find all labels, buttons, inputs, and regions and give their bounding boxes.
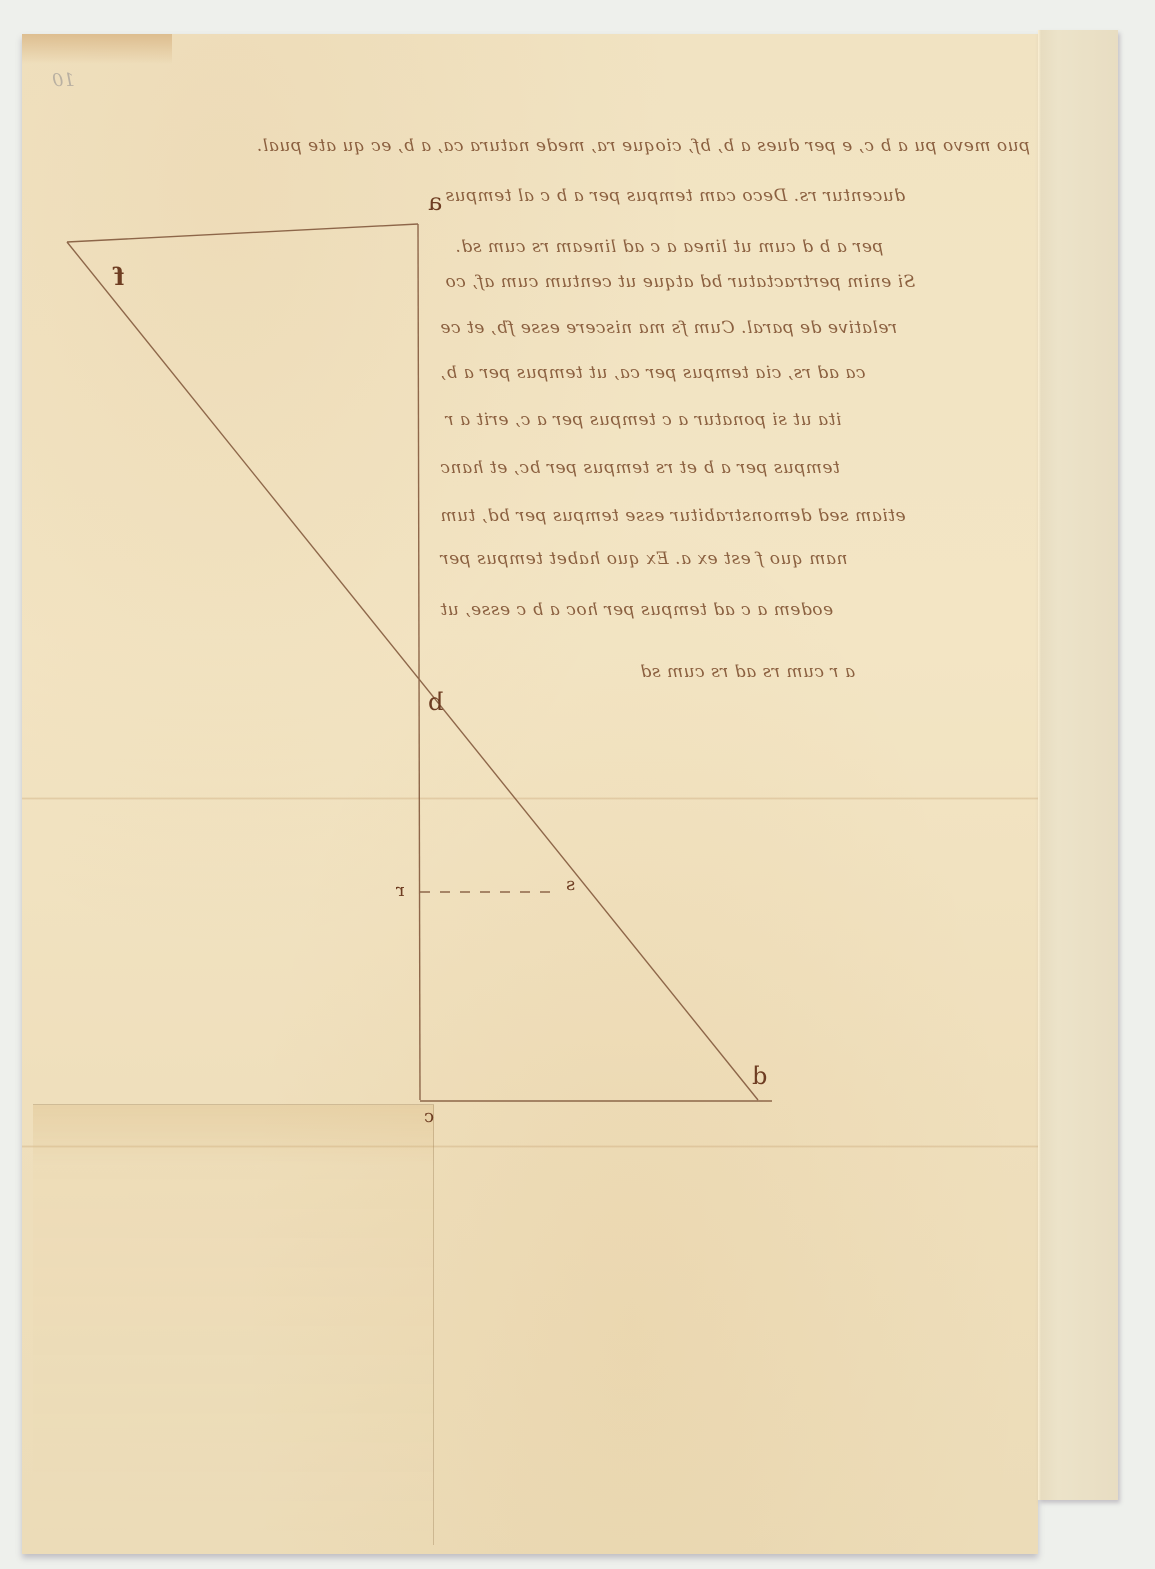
text-line: per a b d cum ut linea a c ad lineam rs … bbox=[455, 237, 883, 257]
text-line: Si enim pertractatur bd atque ut centum … bbox=[445, 272, 915, 292]
mounting-strip bbox=[1038, 30, 1118, 1500]
label-r: r bbox=[396, 880, 405, 901]
label-f: f bbox=[114, 262, 124, 291]
top-edge-stain bbox=[22, 34, 172, 64]
label-s: s bbox=[566, 874, 575, 895]
text-line: nam quo f est ex a. Ex quo habet tempus … bbox=[440, 549, 847, 569]
label-c: c bbox=[424, 1106, 434, 1127]
text-line: ducentur rs. Deco cam tempus per a b c a… bbox=[445, 186, 905, 206]
paper-overlap-panel bbox=[33, 1104, 434, 1545]
text-line: relative de paral. Cum fs ma niscere ess… bbox=[440, 318, 897, 338]
label-a: a bbox=[428, 188, 442, 216]
horizontal-fold-crease bbox=[22, 797, 1038, 800]
text-line: etiam sed demonstrabitur esse tempus per… bbox=[440, 506, 906, 526]
label-b: b bbox=[428, 688, 443, 716]
text-line: eodem a c ad tempus per hoc a b c esse, … bbox=[440, 600, 833, 620]
catalog-number: 10 bbox=[52, 70, 75, 91]
label-d: d bbox=[752, 1062, 767, 1090]
text-line: ca ad rs, cia tempus per ca, ut tempus p… bbox=[440, 363, 866, 383]
text-line: tempus per a b et rs tempus per bc, et h… bbox=[440, 458, 840, 478]
text-line: puo mevo pu a b c, e per dues a b, bf, c… bbox=[30, 136, 1030, 156]
text-line: ita ut si ponatur a c tempus per a c, er… bbox=[445, 410, 841, 430]
text-line: a r cum rs ad rs cum sd bbox=[640, 662, 855, 682]
